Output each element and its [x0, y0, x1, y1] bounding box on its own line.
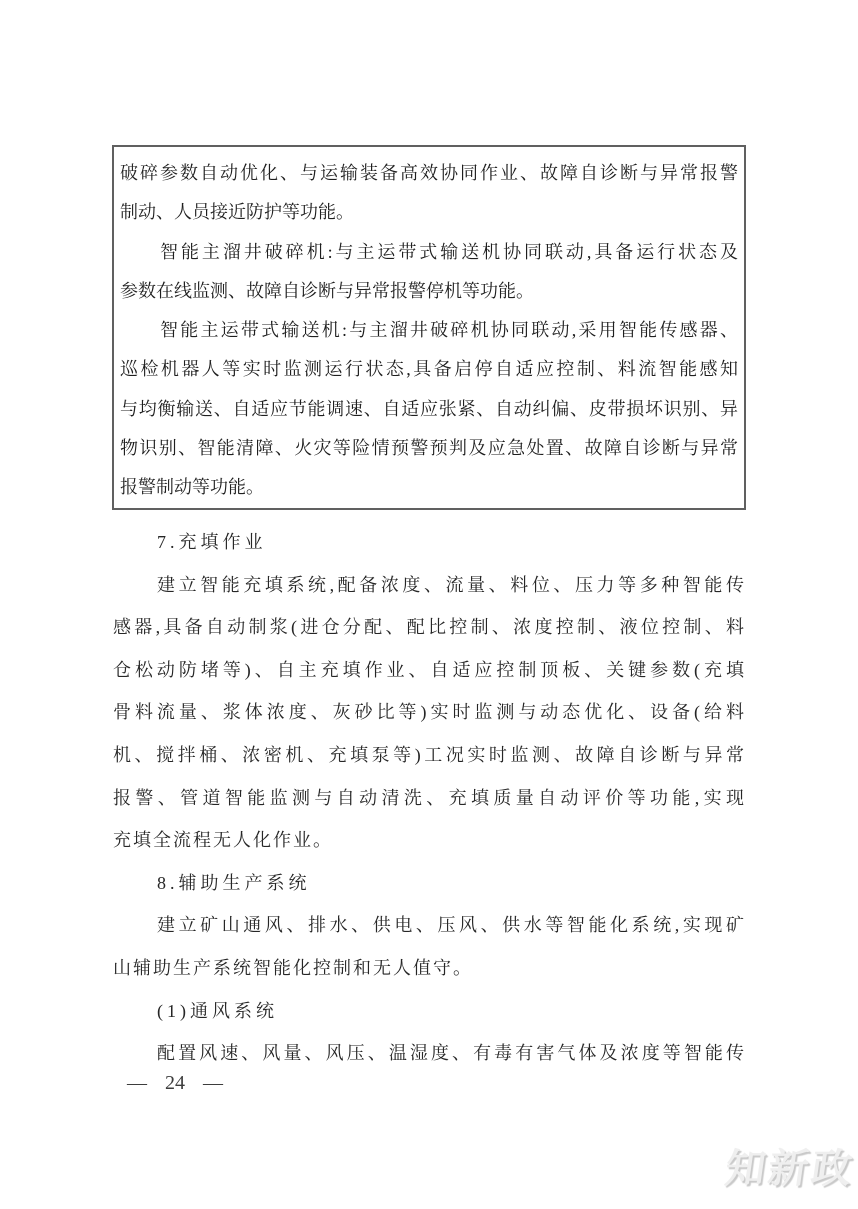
footer-dash-right: — — [203, 1072, 223, 1095]
text-line: 制动、人员接近防护等功能。 — [120, 193, 738, 232]
text-line: 巡检机器人等实时监测运行状态,具备启停自适应控制、料流智能感知 — [120, 350, 738, 389]
text-line: 建立智能充填系统,配备浓度、流量、料位、压力等多种智能传 — [113, 564, 746, 607]
text-line: 建立矿山通风、排水、供电、压风、供水等智能化系统,实现矿 — [113, 904, 746, 947]
page-footer: — 24 — — [127, 1072, 223, 1095]
text-line: 感器,具备自动制浆(进仓分配、配比控制、浓度控制、液位控制、料 — [113, 606, 746, 649]
text-line: 报警、管道智能监测与自动清洗、充填质量自动评价等功能,实现 — [113, 777, 746, 820]
text-line: (1)通风系统 — [113, 990, 746, 1033]
text-line: 机、搅拌桶、浓密机、充填泵等)工况实时监测、故障自诊断与异常 — [113, 734, 746, 777]
text-line: 8.辅助生产系统 — [113, 862, 746, 905]
footer-dash-left: — — [127, 1072, 147, 1095]
text-line: 与均衡输送、自适应节能调速、自适应张紧、自动纠偏、皮带损坏识别、异 — [120, 390, 738, 429]
document-page: 破碎参数自动优化、与运输装备高效协同作业、故障自诊断与异常报警 制动、人员接近防… — [0, 0, 858, 1209]
watermark: 知新政 — [722, 1137, 858, 1194]
text-line: 山辅助生产系统智能化控制和无人值守。 — [113, 947, 746, 990]
body-text: 7.充填作业 建立智能充填系统,配备浓度、流量、料位、压力等多种智能传 感器,具… — [113, 521, 746, 1075]
text-line: 参数在线监测、故障自诊断与异常报警停机等功能。 — [120, 272, 738, 311]
boxed-paragraph-group: 破碎参数自动优化、与运输装备高效协同作业、故障自诊断与异常报警 制动、人员接近防… — [112, 145, 746, 510]
page-number: 24 — [165, 1072, 185, 1095]
text-line: 智能主运带式输送机:与主溜井破碎机协同联动,采用智能传感器、 — [120, 311, 738, 350]
text-line: 破碎参数自动优化、与运输装备高效协同作业、故障自诊断与异常报警 — [120, 154, 738, 193]
text-line: 智能主溜井破碎机:与主运带式输送机协同联动,具备运行状态及 — [120, 233, 738, 272]
text-line: 物识别、智能清障、火灾等险情预警预判及应急处置、故障自诊断与异常 — [120, 429, 738, 468]
text-line: 7.充填作业 — [113, 521, 746, 564]
text-line: 配置风速、风量、风压、温湿度、有毒有害气体及浓度等智能传 — [113, 1032, 746, 1075]
text-line: 仓松动防堵等)、自主充填作业、自适应控制顶板、关键参数(充填 — [113, 649, 746, 692]
text-line: 骨料流量、浆体浓度、灰砂比等)实时监测与动态优化、设备(给料 — [113, 691, 746, 734]
text-line: 充填全流程无人化作业。 — [113, 819, 746, 862]
text-line: 报警制动等功能。 — [120, 468, 738, 507]
